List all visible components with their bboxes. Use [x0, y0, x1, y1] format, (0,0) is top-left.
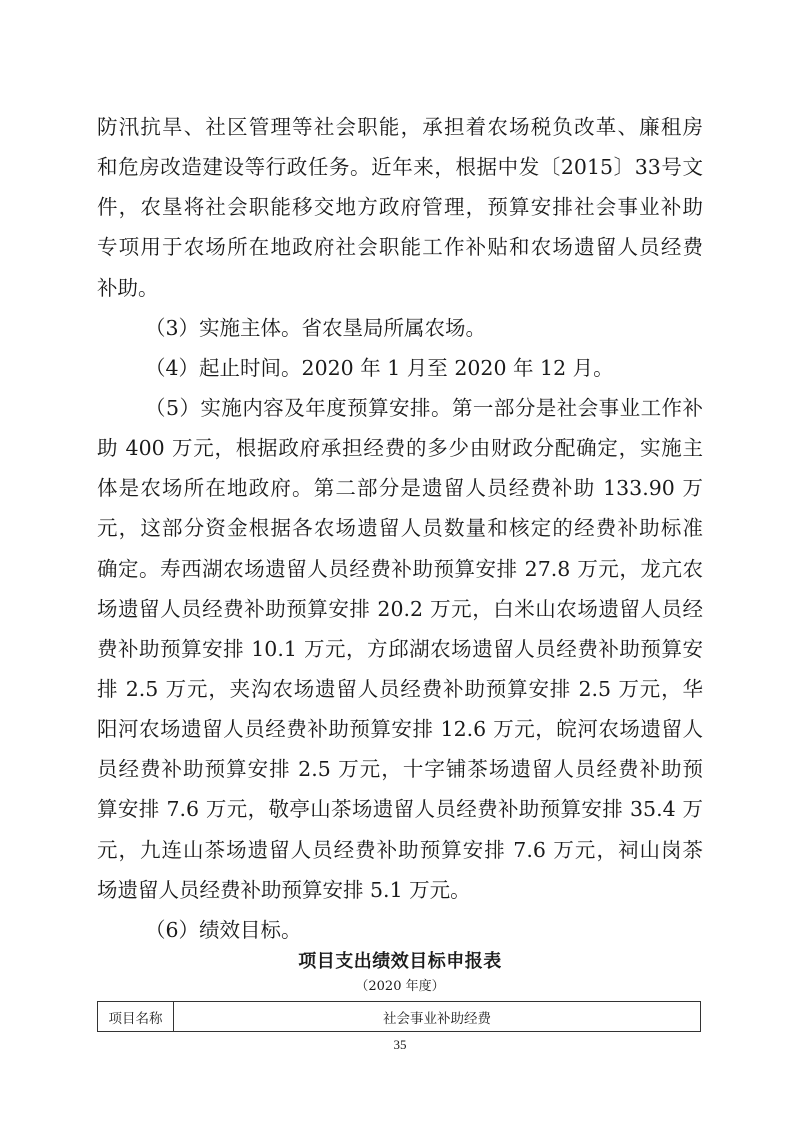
project-name-label: 项目名称 — [98, 1002, 174, 1032]
document-page: 防汛抗旱、社区管理等社会职能，承担着农场税负改革、廉租房 和危房改造建设等行政任… — [0, 0, 800, 1128]
project-name-value: 社会事业补助经费 — [174, 1002, 701, 1032]
text-line: （5）实施内容及年度预算安排。第一部分是社会事业工作补 — [97, 388, 703, 428]
text-line: （6）绩效目标。 — [97, 910, 703, 950]
text-line: 员经费补助预算安排 2.5 万元，十字铺茶场遗留人员经费补助预 — [97, 749, 703, 789]
text-line: 补助。 — [97, 268, 703, 308]
text-line: 排 2.5 万元，夹沟农场遗留人员经费补助预算安排 2.5 万元，华 — [97, 669, 703, 709]
page-number: 35 — [0, 1037, 800, 1053]
text-line: 元，九连山茶场遗留人员经费补助预算安排 7.6 万元，祠山岗茶 — [97, 830, 703, 870]
text-line: 确定。寿西湖农场遗留人员经费补助预算安排 27.8 万元，龙亢农 — [97, 549, 703, 589]
text-line: 助 400 万元，根据政府承担经费的多少由财政分配确定，实施主 — [97, 428, 703, 468]
text-line: 和危房改造建设等行政任务。近年来，根据中发〔2015〕33号文 — [97, 147, 703, 187]
text-line: 场遗留人员经费补助预算安排 20.2 万元，白米山农场遗留人员经 — [97, 589, 703, 629]
table-title: 项目支出绩效目标申报表 — [0, 950, 800, 974]
text-line: （3）实施主体。省农垦局所属农场。 — [97, 308, 703, 348]
text-line: 防汛抗旱、社区管理等社会职能，承担着农场税负改革、廉租房 — [97, 107, 703, 147]
text-line: 件，农垦将社会职能移交地方政府管理，预算安排社会事业补助 — [97, 187, 703, 227]
text-line: 算安排 7.6 万元，敬亭山茶场遗留人员经费补助预算安排 35.4 万 — [97, 789, 703, 829]
text-line: （4）起止时间。2020 年 1 月至 2020 年 12 月。 — [97, 348, 703, 388]
text-line: 元，这部分资金根据各农场遗留人员数量和核定的经费补助标准 — [97, 508, 703, 548]
table-row: 项目名称 社会事业补助经费 — [98, 1002, 701, 1032]
text-line: 场遗留人员经费补助预算安排 5.1 万元。 — [97, 870, 703, 910]
text-line: 专项用于农场所在地政府社会职能工作补贴和农场遗留人员经费 — [97, 227, 703, 267]
text-line: 费补助预算安排 10.1 万元，方邱湖农场遗留人员经费补助预算安 — [97, 629, 703, 669]
table-subtitle: （2020 年度） — [0, 978, 800, 996]
performance-target-table: 项目名称 社会事业补助经费 — [97, 1001, 701, 1032]
body-text: 防汛抗旱、社区管理等社会职能，承担着农场税负改革、廉租房 和危房改造建设等行政任… — [97, 107, 703, 950]
text-line: 阳河农场遗留人员经费补助预算安排 12.6 万元，皖河农场遗留人 — [97, 709, 703, 749]
text-line: 体是农场所在地政府。第二部分是遗留人员经费补助 133.90 万 — [97, 468, 703, 508]
